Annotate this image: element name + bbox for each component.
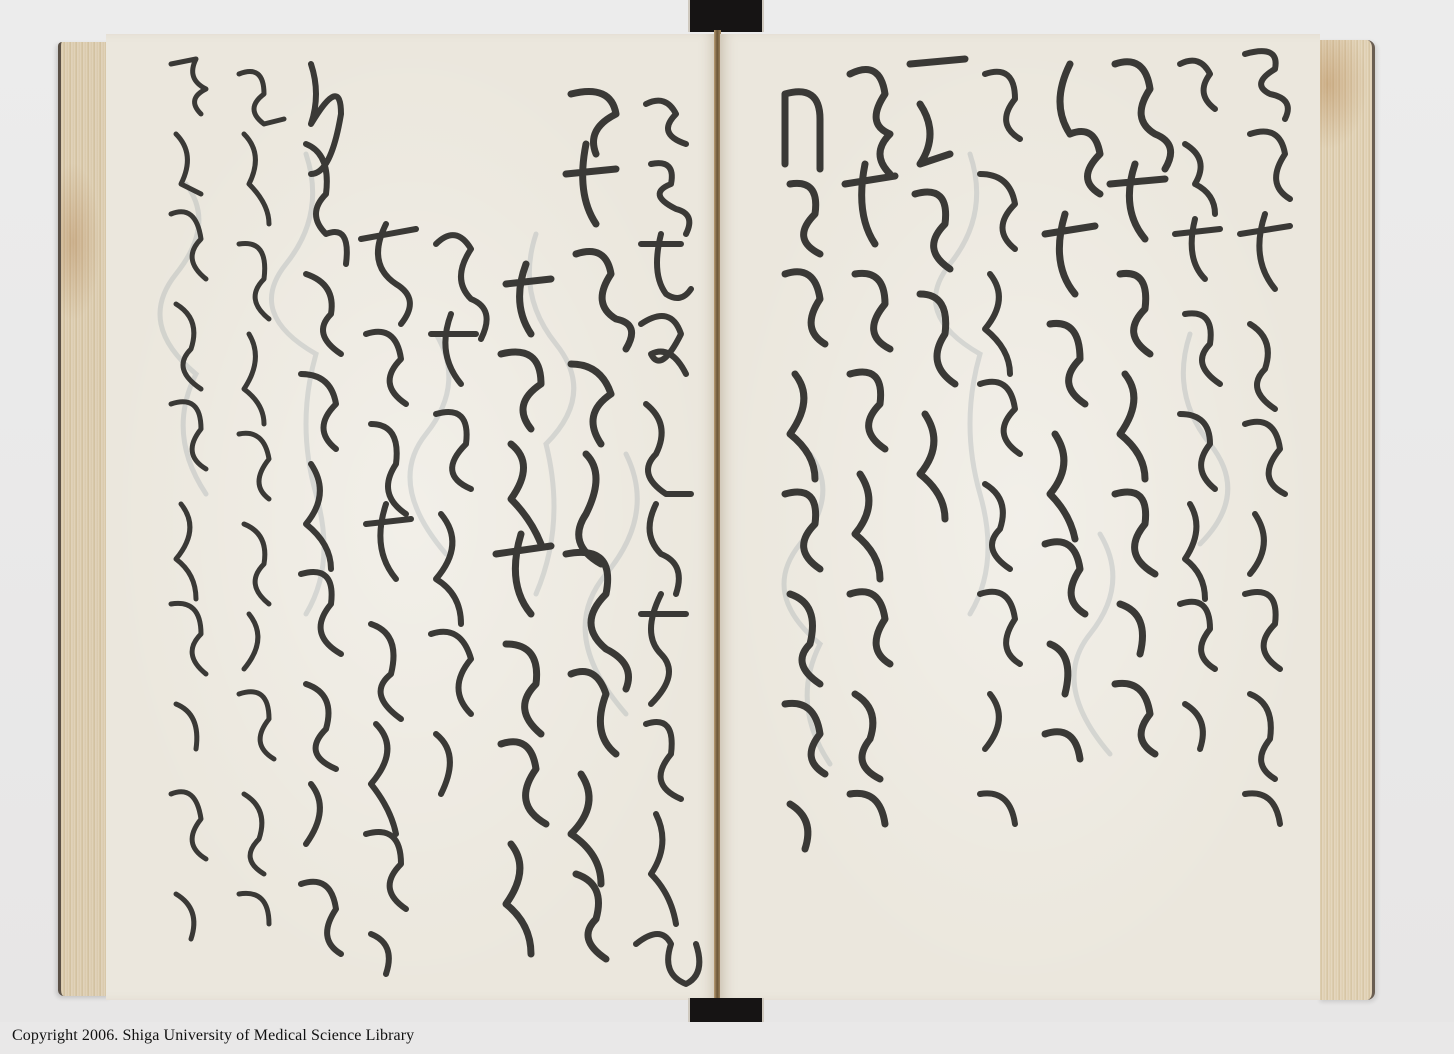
text-column-8 [156,34,226,1000]
copyright-caption: Copyright 2006. Shiga University of Medi… [12,1027,414,1045]
bookmark-ribbon-top [688,0,764,32]
text-column-6 [286,34,366,1000]
text-column-7 [224,34,294,1000]
left-page-edges [58,42,111,996]
right-page-edges [1318,40,1375,1000]
bookmark-ribbon-bottom [688,998,764,1022]
photograph-scene [0,0,1454,1022]
text-column-1 [626,34,706,1000]
text-column-r3 [1100,34,1180,1000]
left-page [106,34,716,1000]
right-page [720,34,1320,1000]
text-column-r8 [770,34,850,1000]
text-column-2 [556,34,636,1000]
text-column-3 [486,34,566,1000]
